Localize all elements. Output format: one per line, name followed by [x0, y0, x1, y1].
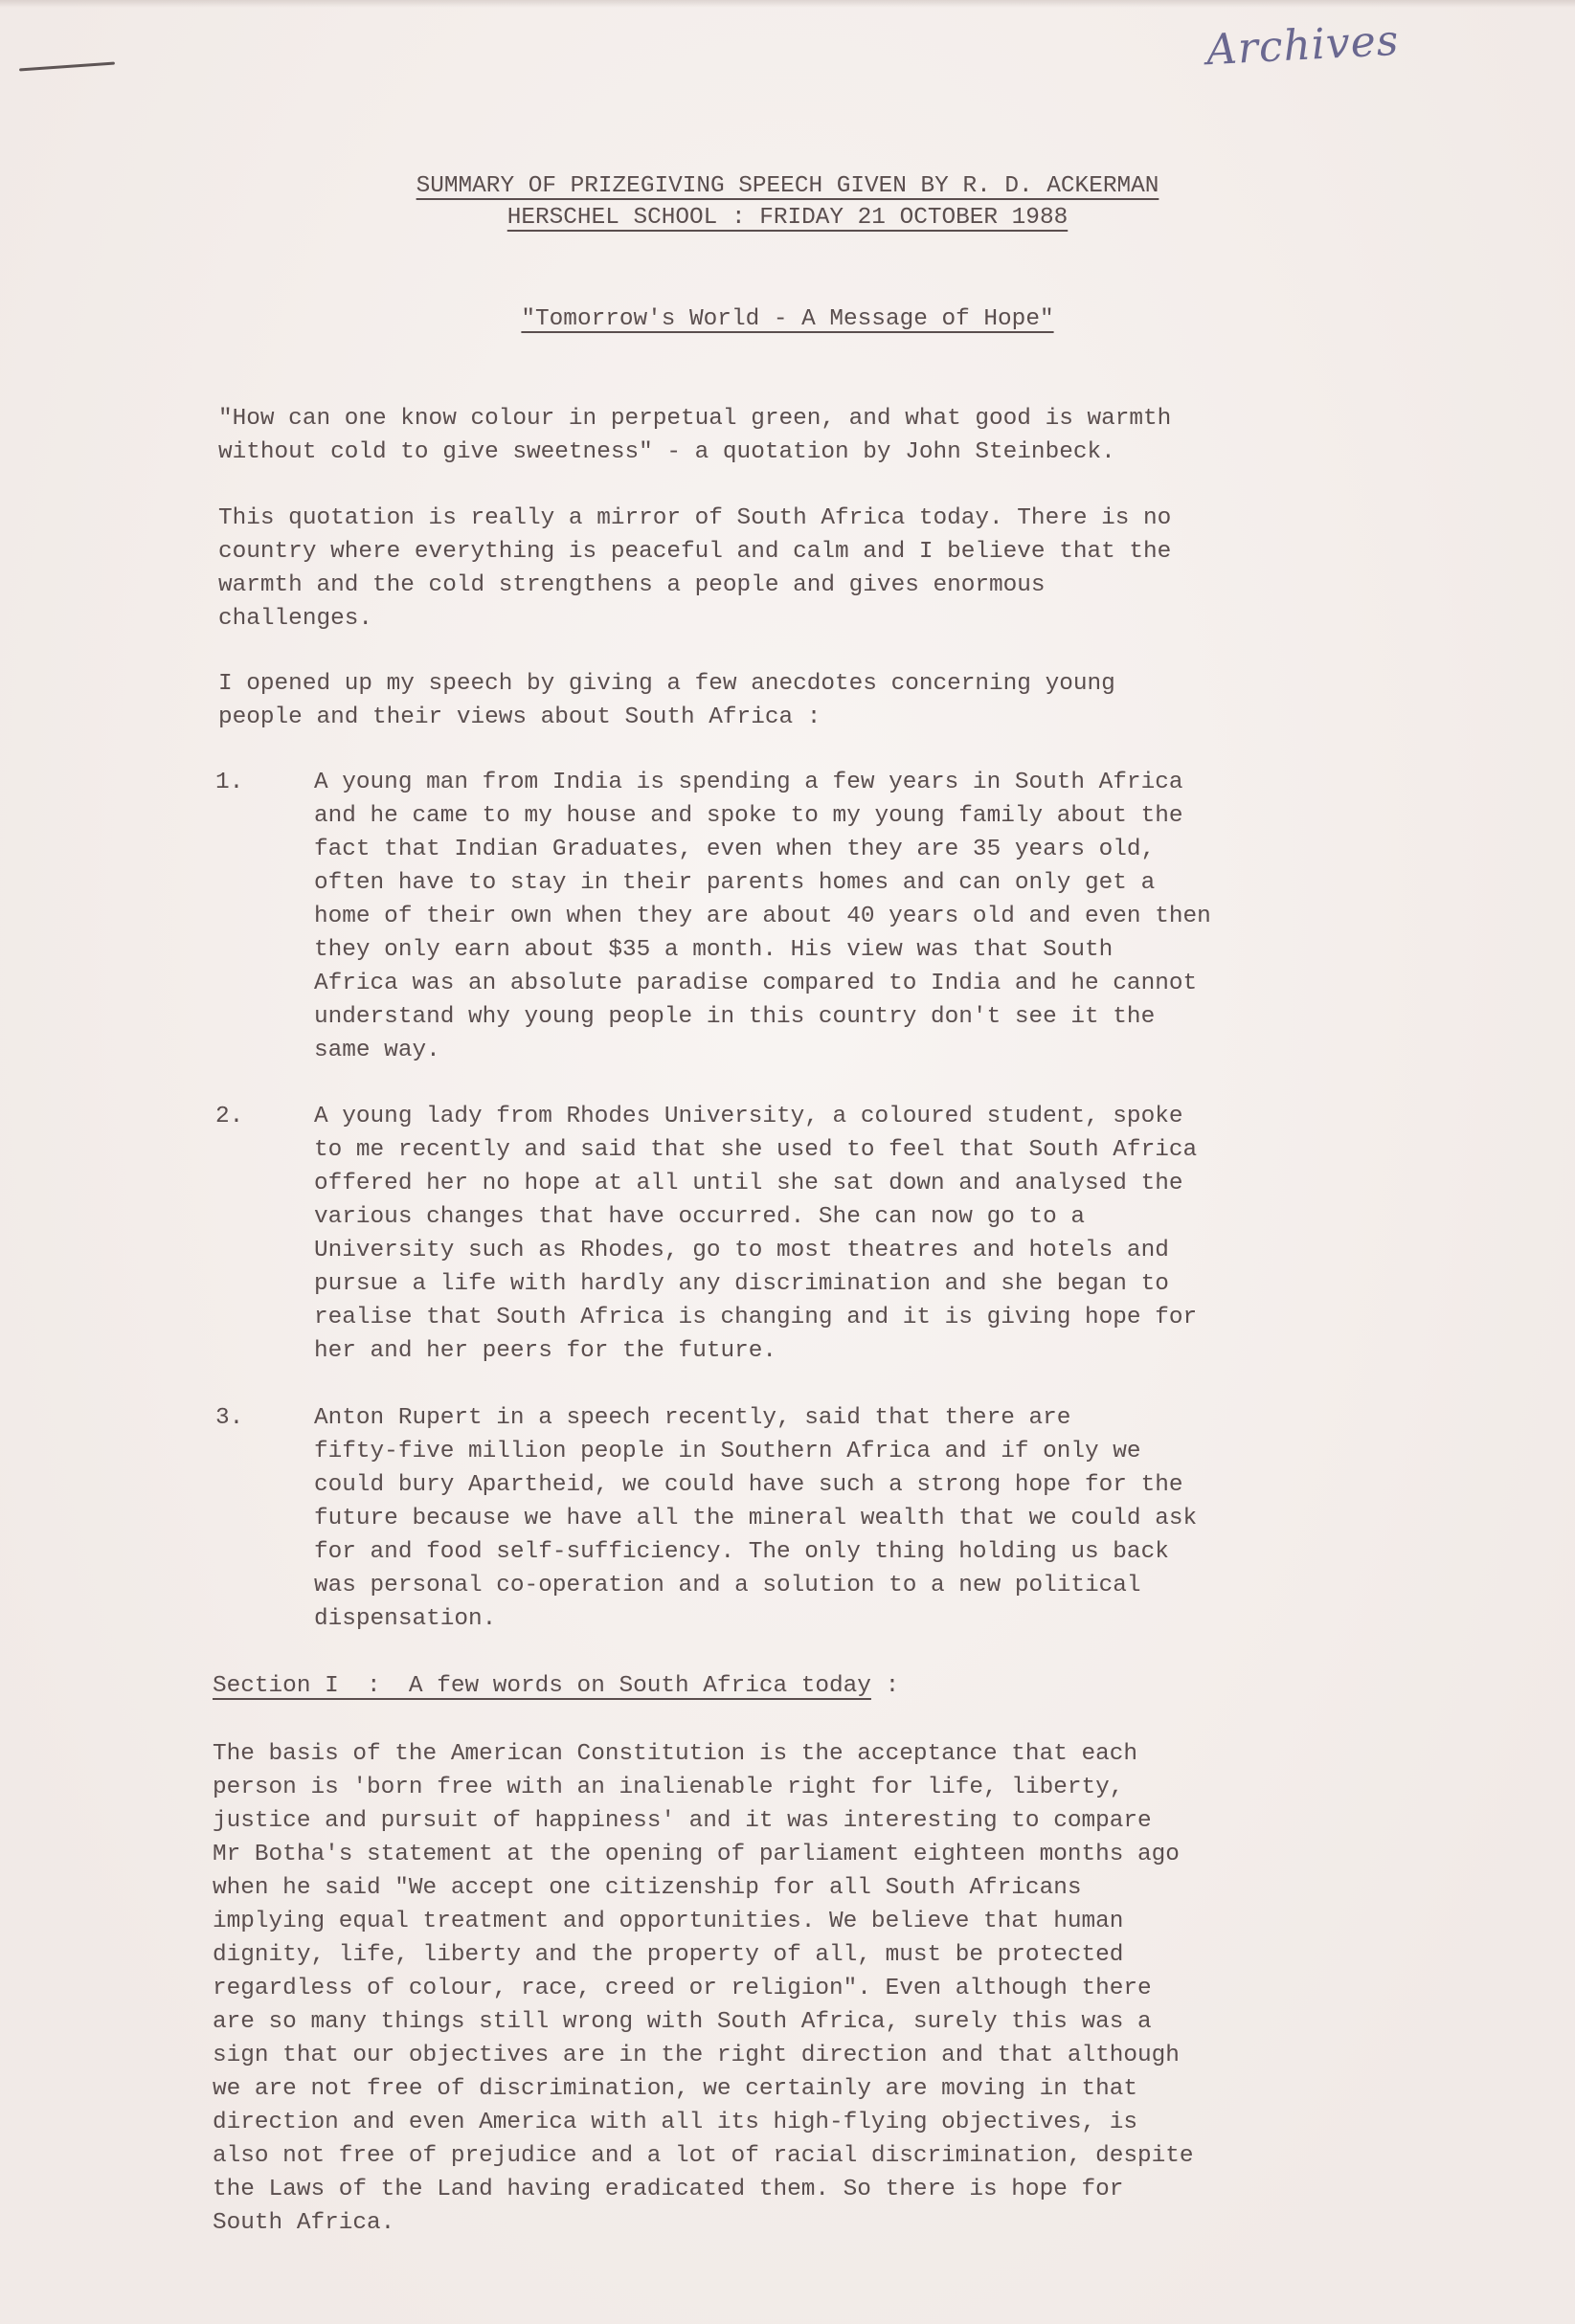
list-text: A young man from India is spending a few…: [314, 766, 1406, 1067]
title-line-1: SUMMARY OF PRIZEGIVING SPEECH GIVEN BY R…: [416, 170, 1159, 202]
list-text: Anton Rupert in a speech recently, said …: [314, 1401, 1406, 1636]
scan-top-edge: [0, 0, 1575, 8]
list-text: A young lady from Rhodes University, a c…: [314, 1100, 1406, 1368]
pen-mark: [19, 62, 115, 72]
section-1-heading-text: Section I : A few words on South Africa …: [213, 1673, 871, 1699]
mirror-paragraph: This quotation is really a mirror of Sou…: [218, 502, 1396, 636]
subtitle-text: "Tomorrow's World - A Message of Hope": [521, 306, 1053, 332]
title-line-2: HERSCHEL SCHOOL : FRIDAY 21 OCTOBER 1988: [507, 202, 1068, 234]
list-number: 3.: [215, 1401, 243, 1435]
speech-subtitle: "Tomorrow's World - A Message of Hope": [0, 302, 1575, 336]
section-1-paragraph: The basis of the American Constitution i…: [213, 1737, 1409, 2240]
section-1-heading: Section I : A few words on South Africa …: [213, 1669, 899, 1703]
handwritten-archives-note: Archives: [1205, 16, 1401, 75]
quote-paragraph: "How can one know colour in perpetual gr…: [218, 402, 1396, 469]
intro-paragraph: I opened up my speech by giving a few an…: [218, 667, 1396, 734]
document-title: SUMMARY OF PRIZEGIVING SPEECH GIVEN BY R…: [0, 170, 1575, 234]
list-number: 1.: [215, 766, 243, 799]
list-number: 2.: [215, 1100, 243, 1133]
section-1-heading-colon: :: [871, 1673, 899, 1699]
